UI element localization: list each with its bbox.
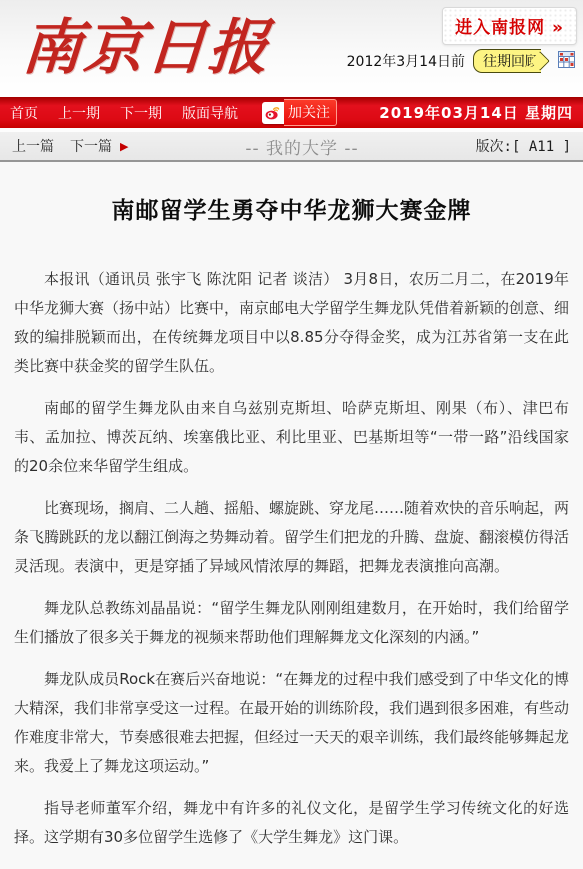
article-title: 南邮留学生勇夺中华龙狮大赛金牌 [14, 192, 569, 225]
article-nav-bar: 上一篇 下一篇 ▶ -- 我的大学 -- 版次:[ A11 ] [0, 132, 583, 162]
archive-date-note: 2012年3月14日前 [347, 51, 465, 71]
next-article-link[interactable]: 下一篇 [70, 136, 112, 156]
issue-date: 2019年03月14日 星期四 [379, 102, 573, 123]
page-number-label: 版次:[ A11 ] [476, 136, 571, 156]
nav-item-page-navigation[interactable]: 版面导航 [182, 103, 238, 123]
main-nav-bar: 首页 上一期 下一期 版面导航 加关注 2019年03月14日 星期四 [0, 97, 583, 128]
section-title: -- 我的大学 -- [128, 134, 475, 159]
newspaper-page: 南京日报 进入南报网 » 2012年3月14日前 往期回顾 [0, 0, 583, 869]
article-body: 南邮留学生勇夺中华龙狮大赛金牌 本报讯（通讯员 张宇飞 陈沈阳 记者 谈洁） 3… [0, 192, 583, 852]
prev-article-link[interactable]: 上一篇 [12, 136, 54, 156]
newspaper-logo[interactable]: 南京日报 [19, 6, 273, 90]
nav-item-home[interactable]: 首页 [10, 103, 38, 123]
article-paragraph: 舞龙队成员Rock在赛后兴奋地说：“在舞龙的过程中我们感受到了中华文化的博大精深… [14, 665, 569, 781]
archive-row: 2012年3月14日前 往期回顾 [347, 49, 575, 73]
archive-button[interactable]: 往期回顾 [473, 49, 541, 73]
nav-item-prev-issue[interactable]: 上一期 [58, 103, 100, 123]
weibo-follow-button[interactable]: 加关注 [262, 99, 337, 126]
article-paragraph: 南邮的留学生舞龙队由来自乌兹别克斯坦、哈萨克斯坦、刚果（布）、津巴布韦、孟加拉、… [14, 394, 569, 481]
article-paragraph: 本报讯（通讯员 张宇飞 陈沈阳 记者 谈洁） 3月8日，农历二月二，在2019年… [14, 265, 569, 381]
article-paragraph: 指导老师董军介绍，舞龙中有许多的礼仪文化，是留学生学习传统文化的好选择。这学期有… [14, 794, 569, 852]
enter-site-button[interactable]: 进入南报网 » [442, 7, 577, 45]
masthead: 南京日报 进入南报网 » 2012年3月14日前 往期回顾 [0, 0, 583, 97]
weibo-icon [262, 102, 284, 124]
nav-item-next-issue[interactable]: 下一期 [120, 103, 162, 123]
article-paragraph: 舞龙队总教练刘晶晶说：“留学生舞龙队刚刚组建数月，在开始时，我们给留学生们播放了… [14, 594, 569, 652]
follow-label: 加关注 [284, 99, 337, 126]
next-arrow-icon[interactable]: ▶ [120, 140, 128, 153]
calendar-icon[interactable] [558, 51, 575, 72]
article-paragraph: 比赛现场，搁肩、二人趟、摇船、螺旋跳、穿龙尾……随着欢快的音乐响起，两条飞腾跳跃… [14, 494, 569, 581]
